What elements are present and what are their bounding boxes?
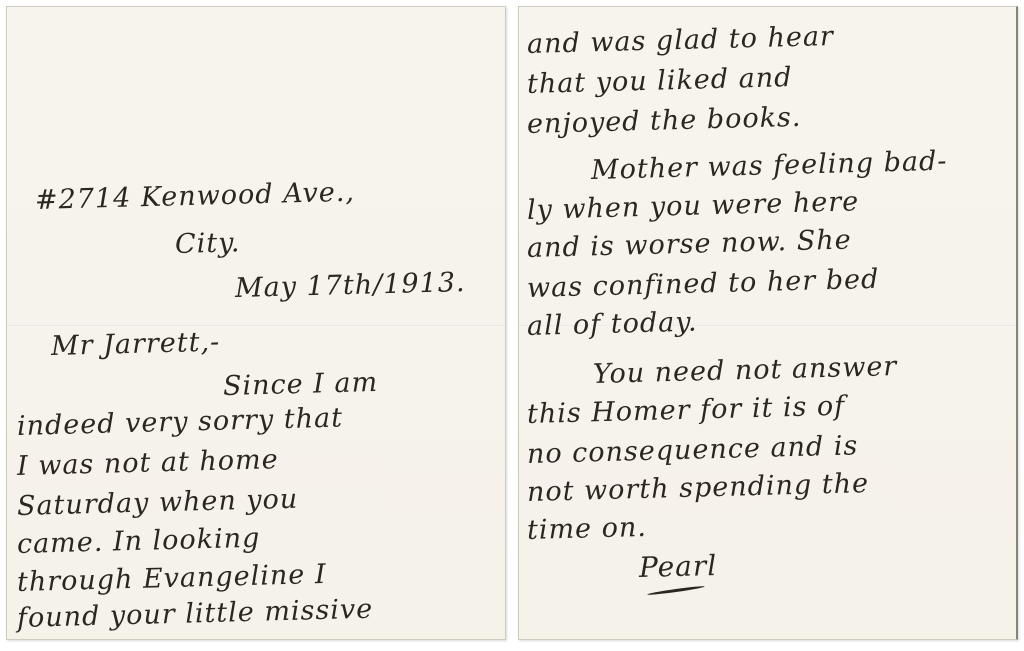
letter-date: May 17th/1913.: [235, 267, 466, 304]
body-line: that you liked and: [527, 62, 793, 100]
body-line: no consequence and is: [527, 430, 859, 470]
body-line: enjoyed the books.: [527, 102, 802, 140]
letter-page-right: and was glad to hear that you liked and …: [518, 6, 1018, 640]
address-line-1: #2714 Kenwood Ave.,: [35, 177, 356, 216]
body-line: all of today.: [527, 307, 698, 342]
salutation: Mr Jarrett,-: [51, 327, 221, 362]
letter-page-left: #2714 Kenwood Ave., City. May 17th/1913.…: [6, 6, 506, 640]
body-line: I was not at home: [17, 444, 279, 482]
body-line: through Evangeline I: [17, 559, 327, 598]
body-line: indeed very sorry that: [17, 402, 344, 442]
body-line: Saturday when you: [17, 484, 299, 522]
body-line: this Homer for it is of: [527, 391, 846, 430]
body-line: and was glad to hear: [527, 21, 835, 60]
body-line: found your little missive: [17, 594, 374, 634]
body-line: Mother was feeling bad-: [591, 146, 948, 186]
body-line: was confined to her bed: [527, 264, 880, 304]
fold-crease: [7, 325, 505, 327]
signature-underline: [647, 585, 705, 596]
body-line: and is worse now. She: [527, 225, 852, 264]
address-line-2: City.: [175, 227, 241, 260]
body-line: Since I am: [223, 367, 379, 402]
body-line: time on.: [527, 512, 648, 546]
body-line: You need not answer: [593, 351, 898, 390]
body-line: ly when you were here: [527, 186, 860, 226]
body-line: came. In looking: [17, 523, 261, 560]
signature: Pearl: [639, 549, 718, 584]
body-line: not worth spending the: [527, 468, 870, 508]
